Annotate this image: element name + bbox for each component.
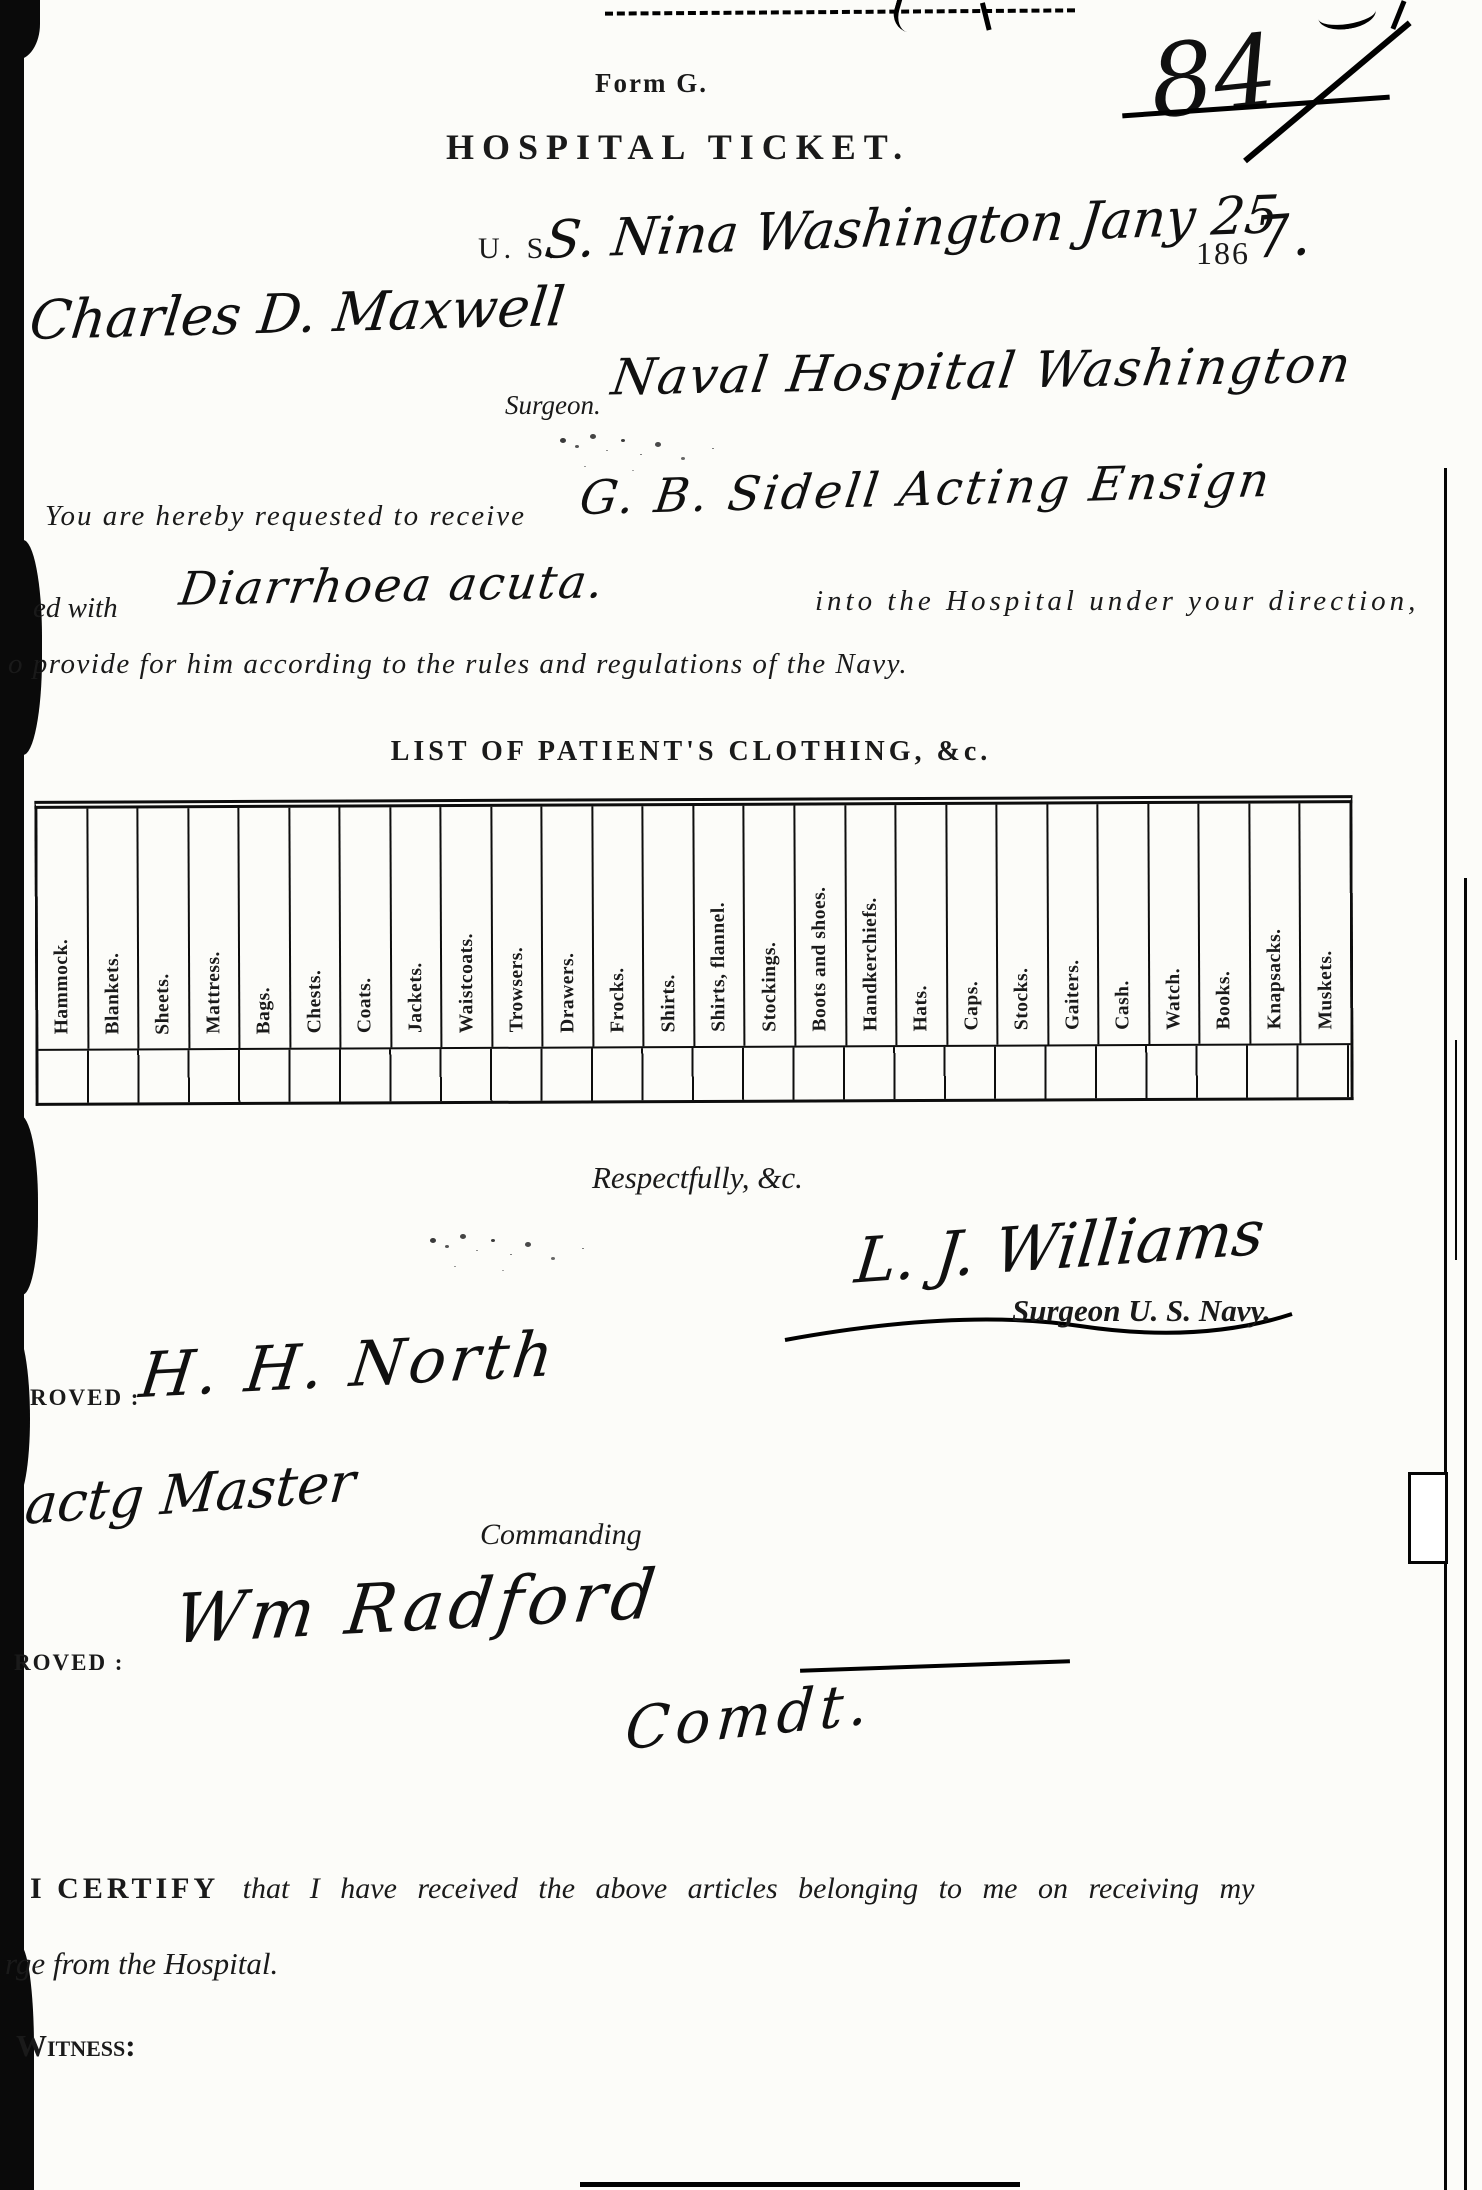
clothing-table-header-row: Hammock. Blankets. Sheets. Mattress. Bag… <box>37 803 1350 1051</box>
approver-signature-north: H. H. North <box>136 1317 561 1412</box>
clothing-column-label: Waistcoats. <box>455 933 477 1033</box>
approver-rank-handwritten: actg Master <box>23 1450 358 1537</box>
clothing-column: Shirts, flannel. <box>694 806 746 1046</box>
clothing-column-label: Shirts, flannel. <box>708 902 731 1032</box>
clothing-column: Hammock. <box>37 809 89 1049</box>
approved-label-2: ROVED : <box>14 1650 124 1676</box>
clothing-table-entry-row <box>38 1045 1350 1103</box>
afflicted-prefix-printed: ed with <box>33 592 118 625</box>
page-title: HOSPITAL TICKET. <box>446 126 910 168</box>
clothing-column-label: Gaiters. <box>1062 960 1084 1031</box>
clothing-column-label: Stockings. <box>759 942 781 1032</box>
certify-text: that I have received the above articles … <box>243 1872 1255 1905</box>
clothing-column: Muskets. <box>1301 803 1351 1043</box>
clothing-column: Knapsacks. <box>1250 803 1302 1043</box>
clothing-table: Hammock. Blankets. Sheets. Mattress. Bag… <box>34 795 1353 1106</box>
clothing-column: Books. <box>1200 804 1252 1044</box>
signature-tail-flourish <box>800 1659 1070 1672</box>
clothing-column-label: Hats. <box>910 985 932 1031</box>
commodore-title-handwritten: Comdt. <box>623 1669 876 1764</box>
clothing-column: Sheets. <box>138 808 190 1048</box>
clothing-column: Watch. <box>1149 804 1201 1044</box>
scan-edge-blob <box>0 0 40 60</box>
form-label: Form G. <box>595 68 708 99</box>
certify-line: I CERTIFY that I have received the above… <box>30 1872 1370 1906</box>
clothing-column-label: Blankets. <box>102 953 124 1035</box>
surgeon-signature-handwritten: L. J. Williams <box>852 1195 1268 1297</box>
certify-line-2: rge from the Hospital. <box>5 1946 278 1982</box>
clothing-column-label: Boots and shoes. <box>809 886 832 1031</box>
certify-lead: I CERTIFY <box>30 1872 219 1905</box>
clothing-column: Frocks. <box>593 806 645 1046</box>
approver-signature-radford: Wm Radford <box>170 1555 664 1660</box>
clothing-column: Shirts. <box>644 806 696 1046</box>
clothing-column-label: Cash. <box>1113 980 1135 1030</box>
clothing-column-label: Knapsacks. <box>1264 928 1286 1029</box>
clothing-column: Drawers. <box>543 806 595 1046</box>
clothing-column-label: Muskets. <box>1315 950 1337 1029</box>
clothing-column: Cash. <box>1099 804 1151 1044</box>
scan-mark <box>889 0 928 36</box>
approved-label-1: ROVED : <box>30 1385 140 1411</box>
surgeon-label-printed: Surgeon. <box>505 390 601 421</box>
clothing-column-label: Caps. <box>961 981 983 1031</box>
witness-label: Witness: <box>16 2028 136 2064</box>
clothing-column-label: Watch. <box>1163 968 1185 1030</box>
clothing-column: Chests. <box>290 808 342 1048</box>
clothing-column-label: Frocks. <box>607 967 629 1033</box>
clothing-column: Hats. <box>896 805 948 1045</box>
clothing-column: Boots and shoes. <box>795 805 847 1045</box>
diagnosis-handwritten: Diarrhoea acuta. <box>176 554 608 616</box>
scan-page-tab <box>1408 1472 1448 1564</box>
clothing-column: Stocks. <box>997 804 1049 1044</box>
scan-mark <box>980 0 1011 31</box>
clothing-column-label: Hammock. <box>51 939 73 1035</box>
clothing-column: Bags. <box>239 808 291 1048</box>
addressee-name-handwritten: Charles D. Maxwell <box>26 275 568 352</box>
scan-mark <box>1316 0 1378 33</box>
clothing-column: Handkerchiefs. <box>846 805 898 1045</box>
year-printed: 186 <box>1196 235 1250 272</box>
clothing-column-label: Chests. <box>304 970 326 1034</box>
clothing-column-label: Books. <box>1214 971 1236 1030</box>
clothing-column: Waistcoats. <box>442 807 494 1047</box>
clothing-column-label: Sheets. <box>152 973 174 1035</box>
clothing-column: Mattress. <box>189 808 241 1048</box>
clothing-column: Blankets. <box>88 808 140 1048</box>
clothing-column-label: Shirts. <box>658 974 680 1032</box>
clothing-column-label: Drawers. <box>557 952 579 1032</box>
ticket-number-handwritten: 84 <box>1144 12 1283 142</box>
clothing-column-label: Handkerchiefs. <box>860 897 883 1031</box>
clothing-column: Coats. <box>341 807 393 1047</box>
request-line-printed: You are hereby requested to receive <box>45 500 526 533</box>
scan-edge-left <box>0 0 24 2190</box>
surgeon-title-printed: Surgeon U. S. Navy. <box>1012 1293 1271 1329</box>
scan-edge-right-line <box>1464 878 1467 2190</box>
clothing-column: Jackets. <box>391 807 443 1047</box>
clothing-list-title: LIST OF PATIENT'S CLOTHING, &c. <box>35 736 1347 768</box>
respectfully-printed: Respectfully, &c. <box>592 1160 803 1196</box>
patient-name-handwritten: G. B. Sidell Acting Ensign <box>576 453 1275 526</box>
afflicted-suffix-printed: into the Hospital under your direction, <box>815 585 1419 618</box>
clothing-column: Caps. <box>947 805 999 1045</box>
clothing-column-label: Jackets. <box>405 963 427 1034</box>
clothing-column-label: Bags. <box>254 986 276 1034</box>
clothing-column-label: Trowsers. <box>506 947 528 1033</box>
scan-edge-blob <box>0 1115 38 1295</box>
scan-edge-blob <box>0 1330 30 1500</box>
commanding-label-printed: Commanding <box>480 1518 642 1552</box>
clothing-column: Stockings. <box>745 806 797 1046</box>
clothing-column-label: Coats. <box>355 978 377 1034</box>
year-digit-handwritten: 7. <box>1252 200 1312 272</box>
provide-line-printed: o provide for him according to the rules… <box>8 648 908 681</box>
scan-bottom-line <box>580 2182 1020 2187</box>
scan-edge-right-line <box>1455 1040 1457 1260</box>
clothing-column: Trowsers. <box>492 807 544 1047</box>
scan-edge-right-line <box>1444 468 1447 2190</box>
station-handwritten: Naval Hospital Washington <box>608 335 1356 406</box>
clothing-column: Gaiters. <box>1048 804 1100 1044</box>
clothing-column-label: Mattress. <box>203 951 225 1034</box>
clothing-column-label: Stocks. <box>1011 968 1033 1031</box>
ship-and-date-handwritten: S. Nina Washington Jany 25 <box>542 185 1281 271</box>
hospital-ticket-scan: Form G. HOSPITAL TICKET. 84 U. S. S. Nin… <box>0 0 1482 2190</box>
